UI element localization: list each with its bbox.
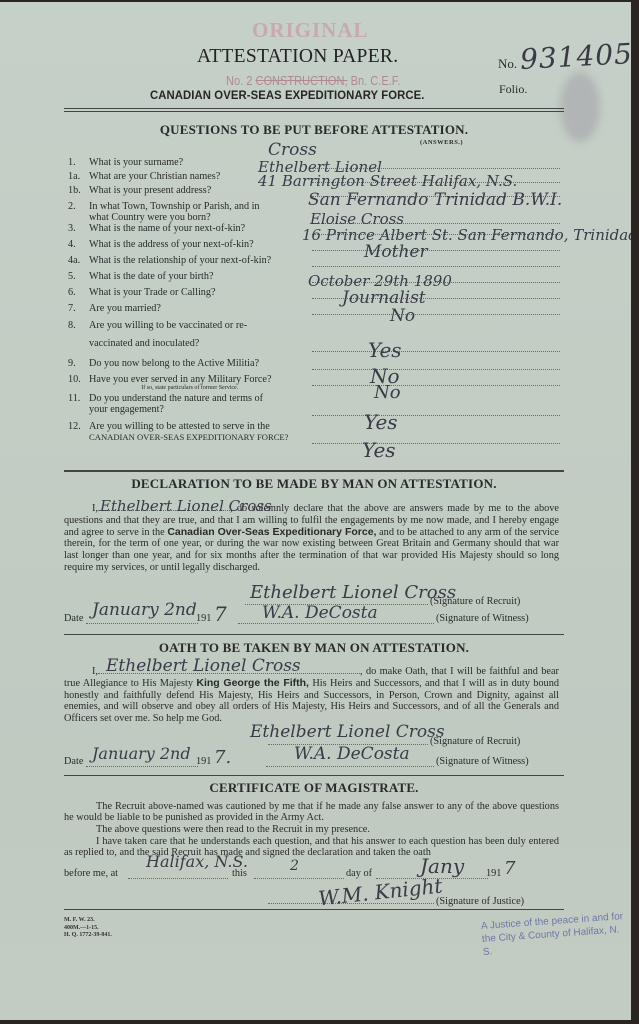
question-item: 3.What is the name of your next-of-kin? bbox=[68, 223, 245, 234]
oath-date-label: Date bbox=[64, 756, 83, 767]
page-edge-shadow bbox=[631, 0, 639, 1024]
answer-value: No bbox=[390, 306, 415, 326]
question-text-line2: what Country were you born? bbox=[89, 212, 260, 223]
unit-stamp-struck: CONSTRUCTION, bbox=[255, 73, 347, 88]
question-number: 12. bbox=[68, 421, 89, 432]
unit-stamp: No. 2 CONSTRUCTION, Bn. C.E.F. bbox=[226, 73, 400, 88]
magistrate-heading: CERTIFICATE OF MAGISTRATE. bbox=[64, 780, 564, 796]
question-item: 11.Do you understand the nature and term… bbox=[68, 393, 263, 415]
document-subtitle: CANADIAN OVER-SEAS EXPEDITIONARY FORCE. bbox=[150, 88, 425, 102]
question-item: 6.What is your Trade or Calling? bbox=[68, 287, 215, 298]
declaration-text-bold: Canadian Over-Seas Expeditionary Force, bbox=[167, 526, 376, 538]
answer-line bbox=[312, 266, 560, 267]
magistrate-para-3: I have taken care that he understands ea… bbox=[64, 836, 559, 858]
question-item: 1b.What is your present address? bbox=[68, 185, 211, 196]
declaration-recruit-signature: Ethelbert Lionel Cross bbox=[250, 582, 456, 603]
witness-signature-label: (Signature of Witness) bbox=[436, 613, 529, 624]
question-text: Have you ever served in any Military For… bbox=[89, 374, 271, 385]
question-item: 9.Do you now belong to the Active Militi… bbox=[68, 358, 259, 369]
day-line bbox=[254, 878, 344, 879]
answer-value: 41 Barrington Street Halifax, N.S. bbox=[258, 172, 517, 190]
declaration-name: Ethelbert Lionel Cross bbox=[100, 501, 272, 513]
oath-witness-sig-line bbox=[266, 766, 434, 767]
questions-divider bbox=[64, 470, 564, 472]
attestation-paper: ORIGINAL ATTESTATION PAPER. No. 2 CONSTR… bbox=[0, 2, 631, 1020]
question-text: What is your present address? bbox=[89, 185, 211, 196]
recruit-signature-label: (Signature of Recruit) bbox=[430, 596, 520, 607]
question-text-line2: CANADIAN OVER-SEAS EXPEDITIONARY FORCE? bbox=[89, 432, 289, 442]
magistrate-year-hand: 7 bbox=[504, 858, 515, 879]
date-label: Date bbox=[64, 613, 83, 624]
oath-date: January 2nd bbox=[92, 744, 191, 763]
unit-stamp-prefix: No. 2 bbox=[226, 73, 255, 88]
declaration-year-printed: 191 bbox=[196, 613, 211, 624]
question-item: 5.What is the date of your birth? bbox=[68, 271, 213, 282]
declaration-year-hand: 7 bbox=[214, 602, 227, 626]
magistrate-year-printed: 191 bbox=[486, 868, 501, 879]
justice-signature: W.M. Knight bbox=[317, 874, 443, 911]
question-item: 12.Are you willing to be attested to ser… bbox=[68, 421, 289, 442]
magistrate-divider bbox=[64, 909, 564, 910]
question-text: Do you understand the nature and terms o… bbox=[89, 393, 263, 404]
question-number: 3. bbox=[68, 223, 89, 234]
form-code-2: 400M.—1-15. bbox=[64, 925, 112, 933]
oath-divider bbox=[64, 775, 564, 776]
declaration-witness-signature: W.A. DeCosta bbox=[262, 603, 378, 623]
question-text: Are you married? bbox=[89, 303, 161, 314]
unit-stamp-suffix: Bn. C.E.F. bbox=[348, 73, 401, 88]
magistrate-day: 2 bbox=[290, 858, 299, 874]
question-item: 8.Are you willing to be vaccinated or re… bbox=[68, 320, 247, 349]
oath-name-field: Ethelbert Lionel Cross bbox=[98, 673, 360, 674]
justice-signature-label: (Signature of Justice) bbox=[436, 896, 524, 907]
question-number: 7. bbox=[68, 303, 89, 314]
oath-heading: OATH TO BE TAKEN BY MAN ON ATTESTATION. bbox=[64, 640, 564, 656]
declaration-divider bbox=[64, 634, 564, 635]
answer-value: Yes bbox=[362, 438, 396, 462]
date-line bbox=[86, 623, 198, 624]
oath-text: I,Ethelbert Lionel Cross, do make Oath, … bbox=[64, 666, 559, 725]
question-item: 1.What is your surname? bbox=[68, 157, 183, 168]
declaration-text: I,Ethelbert Lionel Cross, do solemnly de… bbox=[64, 503, 559, 574]
answer-value: Journalist bbox=[342, 288, 426, 308]
oath-year-hand: 7. bbox=[214, 747, 231, 768]
question-item: 7.Are you married? bbox=[68, 303, 161, 314]
original-stamp: ORIGINAL bbox=[252, 18, 369, 43]
answer-line bbox=[312, 369, 560, 370]
question-item: 4a.What is the relationship of your next… bbox=[68, 255, 271, 266]
oath-year-printed: 191 bbox=[196, 756, 211, 767]
day-of-label: day of bbox=[346, 868, 372, 879]
question-text: What is the address of your next-of-kin? bbox=[89, 239, 254, 250]
question-text: What are your Christian names? bbox=[89, 171, 220, 182]
oath-recruit-signature-label: (Signature of Recruit) bbox=[430, 736, 520, 747]
declaration-prefix: I, bbox=[92, 503, 98, 514]
question-number: 4. bbox=[68, 239, 89, 250]
question-text-line2: vaccinated and inoculated? bbox=[89, 338, 247, 349]
question-text: Are you willing to be attested to serve … bbox=[89, 421, 270, 432]
question-number: 9. bbox=[68, 358, 89, 369]
answer-line bbox=[312, 443, 560, 444]
question-number: 11. bbox=[68, 393, 89, 404]
question-text: What is the relationship of your next-of… bbox=[89, 255, 271, 266]
place-line bbox=[128, 878, 228, 879]
question-number: 2. bbox=[68, 201, 89, 212]
answer-line bbox=[312, 250, 560, 251]
justice-of-peace-stamp: A Justice of the peace in and for the Ci… bbox=[481, 910, 632, 959]
answer-value: San Fernando Trinidad B.W.I. bbox=[308, 190, 562, 210]
this-label: this bbox=[232, 868, 247, 879]
question-text: What is the date of your birth? bbox=[89, 271, 213, 282]
number-label: No. bbox=[498, 56, 517, 72]
question-number: 6. bbox=[68, 287, 89, 298]
question-note: If so, state particulars of former Servi… bbox=[108, 385, 271, 392]
declaration-name-field: Ethelbert Lionel Cross bbox=[98, 510, 230, 511]
form-code-1: M. F. W. 23. bbox=[64, 917, 112, 925]
question-number: 1b. bbox=[68, 185, 89, 196]
question-text: Are you willing to be vaccinated or re- bbox=[89, 320, 247, 331]
answer-line bbox=[312, 351, 560, 352]
question-text: What is your surname? bbox=[89, 157, 183, 168]
oath-recruit-signature: Ethelbert Lionel Cross bbox=[250, 722, 445, 742]
question-item: 4.What is the address of your next-of-ki… bbox=[68, 239, 254, 250]
witness-sig-line bbox=[238, 623, 434, 624]
answers-label: (ANSWERS.) bbox=[420, 139, 463, 146]
declaration-date: January 2nd bbox=[92, 600, 197, 620]
regimental-number: 931405 bbox=[519, 37, 633, 76]
form-code-3: H. Q. 1772-39-841. bbox=[64, 932, 112, 940]
question-item: 2.In what Town, Township or Parish, and … bbox=[68, 201, 260, 223]
answer-line bbox=[312, 314, 560, 315]
question-number: 1a. bbox=[68, 171, 89, 182]
magistrate-para-2: The above questions were then read to th… bbox=[64, 824, 559, 835]
question-text: In what Town, Township or Parish, and in bbox=[89, 201, 260, 212]
answer-value: Cross bbox=[268, 140, 317, 160]
oath-name: Ethelbert Lionel Cross bbox=[106, 661, 301, 673]
ink-smudge bbox=[560, 72, 600, 142]
question-number: 1. bbox=[68, 157, 89, 168]
oath-date-line bbox=[86, 766, 198, 767]
before-me-label: before me, at bbox=[64, 868, 118, 879]
answer-line bbox=[312, 415, 560, 416]
question-number: 10. bbox=[68, 374, 89, 385]
oath-prefix: I, bbox=[92, 666, 98, 677]
form-code: M. F. W. 23. 400M.—1-15. H. Q. 1772-39-8… bbox=[64, 917, 112, 940]
question-number: 8. bbox=[68, 320, 89, 331]
question-item: 1a.What are your Christian names? bbox=[68, 171, 220, 182]
answer-value: Yes bbox=[368, 338, 402, 362]
document-title: ATTESTATION PAPER. bbox=[197, 46, 398, 68]
declaration-heading: DECLARATION TO BE MADE BY MAN ON ATTESTA… bbox=[64, 476, 564, 492]
answer-value: No bbox=[374, 382, 401, 403]
magistrate-para-1: The Recruit above-named was cautioned by… bbox=[64, 801, 559, 823]
question-text-line2: your engagement? bbox=[89, 404, 263, 415]
question-item: 10.Have you ever served in any Military … bbox=[68, 374, 271, 392]
answer-line bbox=[312, 385, 560, 386]
question-number: 5. bbox=[68, 271, 89, 282]
question-text: What is the name of your next-of-kin? bbox=[89, 223, 245, 234]
question-number: 4a. bbox=[68, 255, 89, 266]
answer-value: Mother bbox=[364, 242, 428, 262]
question-text: What is your Trade or Calling? bbox=[89, 287, 215, 298]
folio-label: Folio. bbox=[499, 82, 527, 97]
oath-text-bold: King George the Fifth, bbox=[196, 677, 309, 689]
header-divider bbox=[64, 108, 564, 112]
answer-value: 16 Prince Albert St. San Fernando, Trini… bbox=[302, 226, 639, 244]
oath-witness-signature-label: (Signature of Witness) bbox=[436, 756, 529, 767]
question-text: Do you now belong to the Active Militia? bbox=[89, 358, 259, 369]
questions-heading: QUESTIONS TO BE PUT BEFORE ATTESTATION. bbox=[64, 122, 564, 138]
oath-witness-signature: W.A. DeCosta bbox=[294, 744, 410, 764]
answer-value: Yes bbox=[364, 410, 398, 434]
